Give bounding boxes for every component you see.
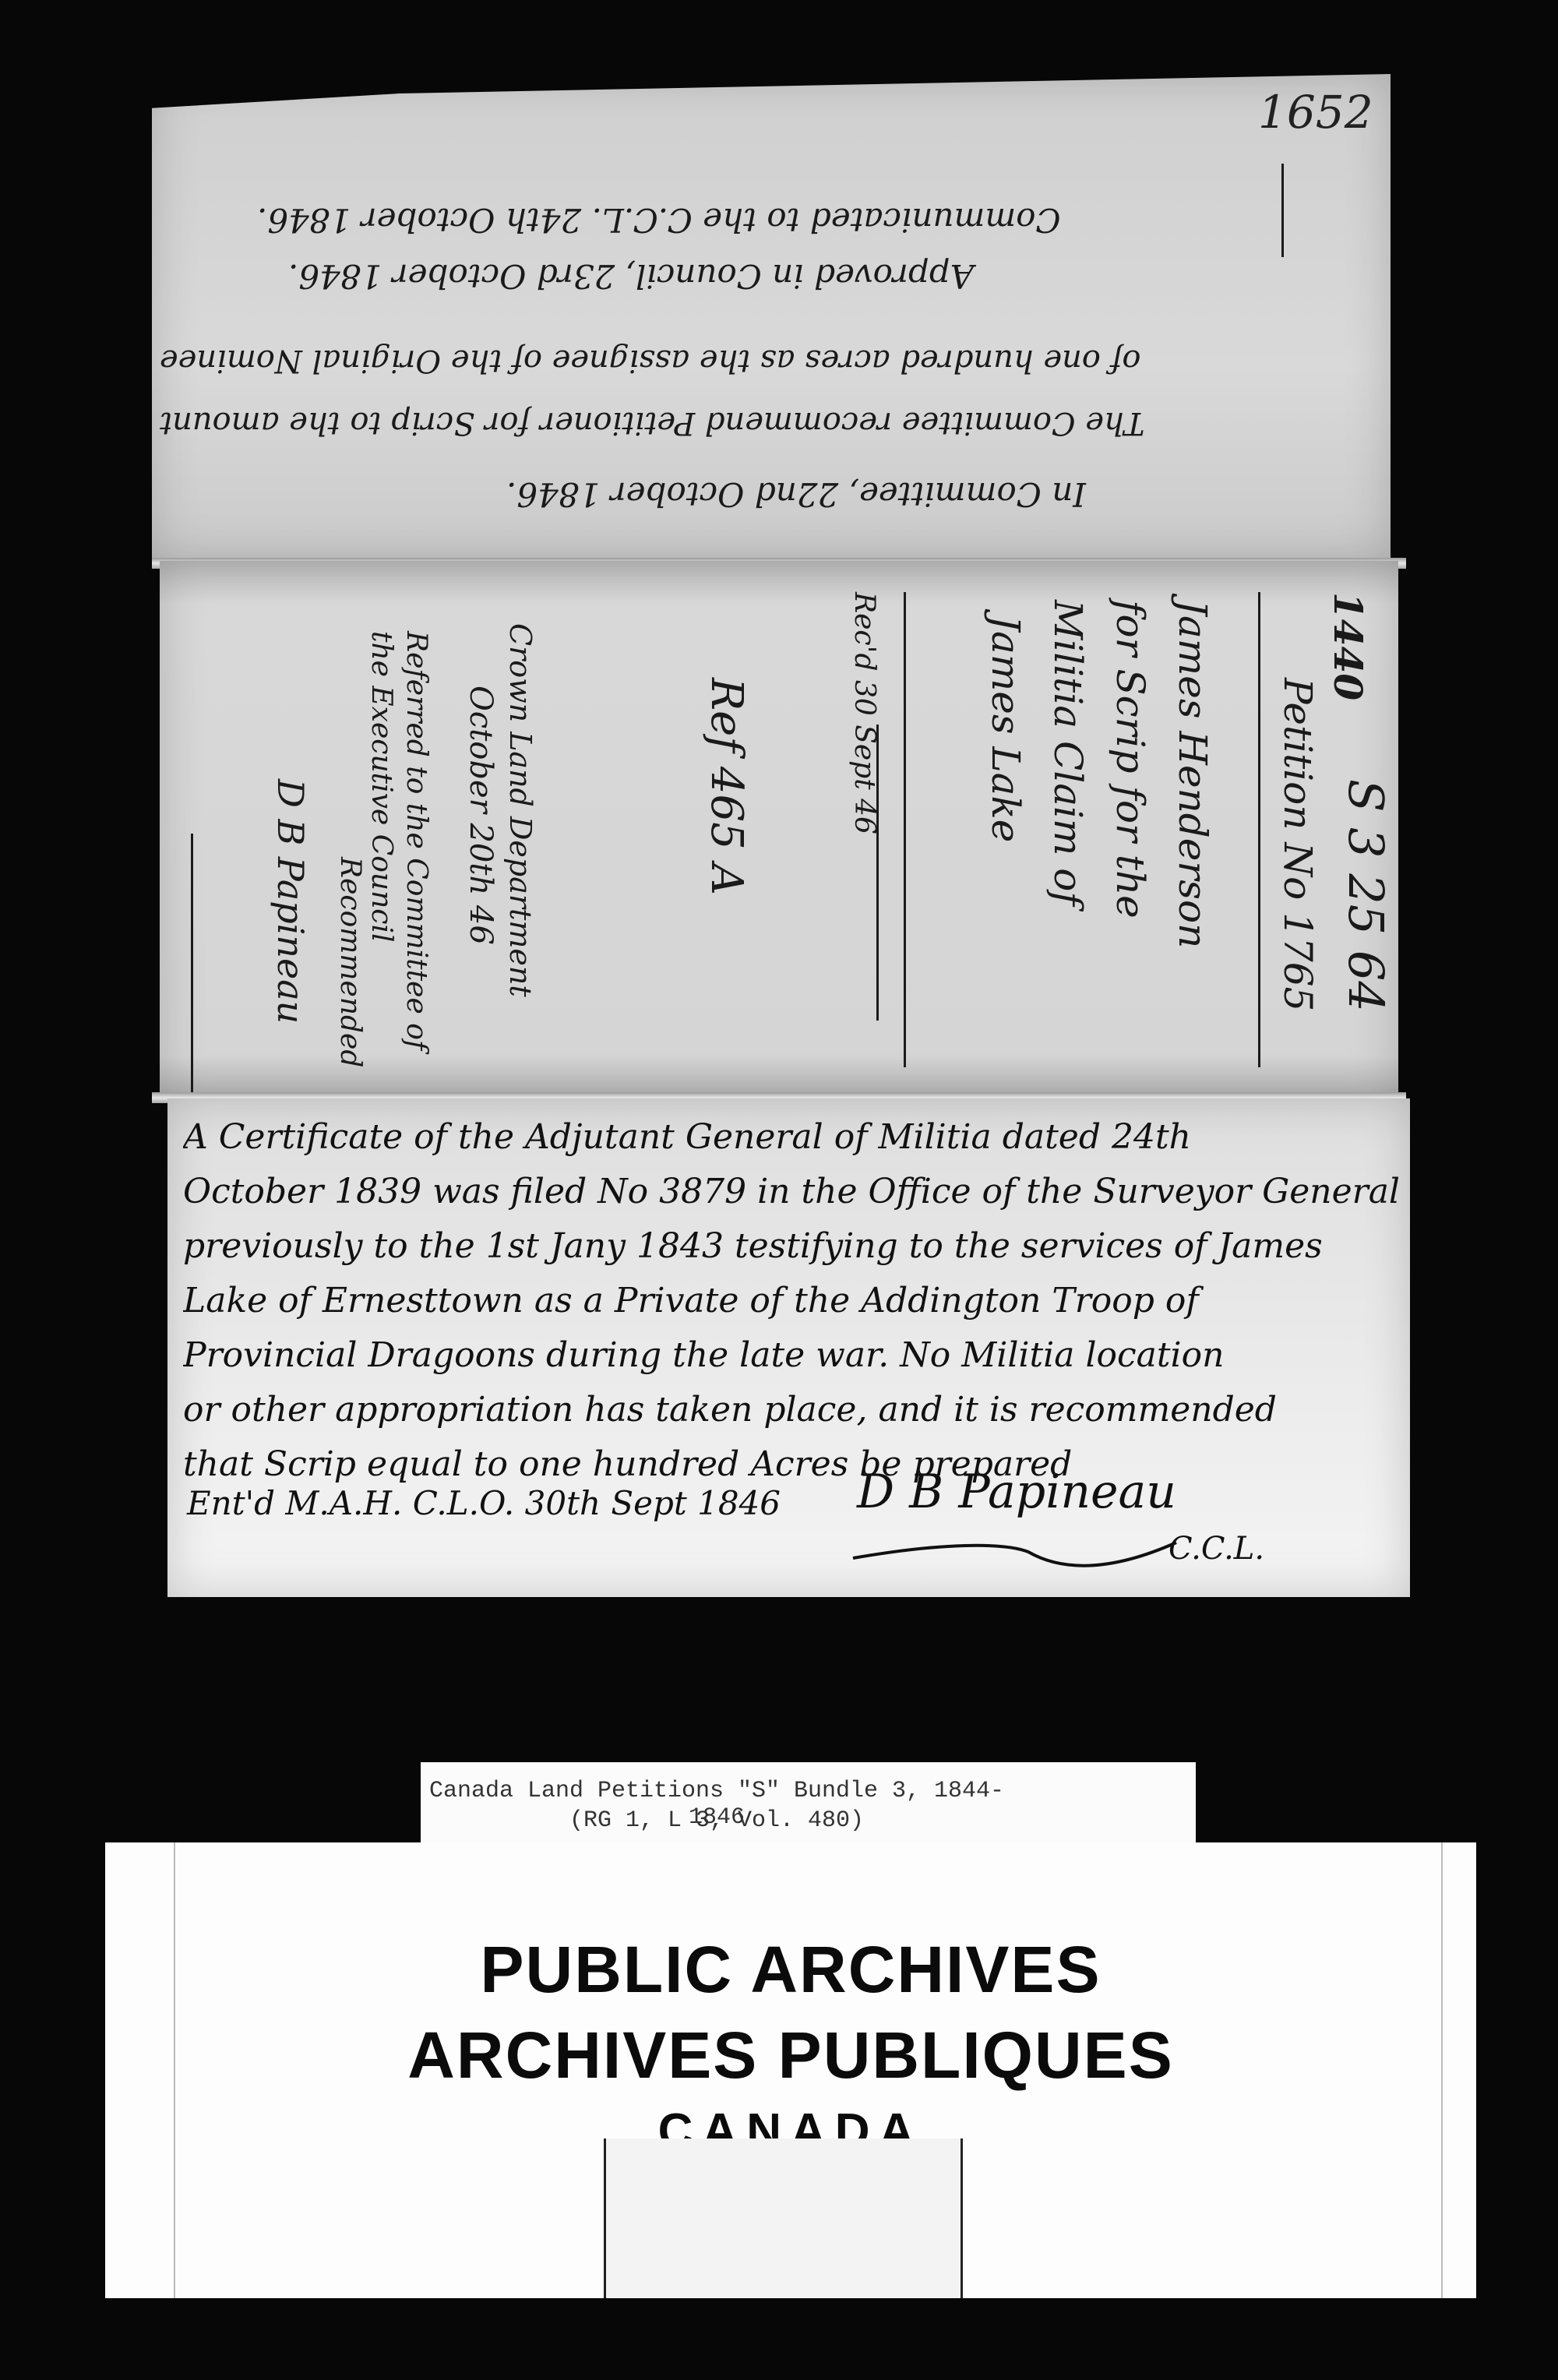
- certificate-line-2: October 1839 was filed No 3879 in the Of…: [183, 1165, 1398, 1219]
- endorsement-line-4: Approved in Council, 23rd October 1846.: [288, 257, 974, 295]
- archive-label-reference: (RG 1, L 3, Vol. 480): [421, 1807, 1013, 1834]
- entry-note: Ent'd M.A.H. C.L.O. 30th Sept 1846: [187, 1484, 781, 1522]
- endorsement-line-3: of one hundred acres as the assignee of …: [160, 343, 1141, 379]
- docket-line-number: 1440: [1325, 592, 1371, 700]
- docket-department: Crown Land Department: [503, 623, 538, 997]
- docket-petition-number: Petition No 1765: [1275, 678, 1320, 1011]
- docket-file-mark: S 3 25 64: [1338, 779, 1394, 1012]
- docket-rule-1: [1258, 592, 1260, 1067]
- margin-mark: [1281, 164, 1284, 257]
- docket-claim: Militia Claim of: [1045, 600, 1091, 906]
- certificate-line-1: A Certificate of the Adjutant General of…: [183, 1110, 1398, 1165]
- endorsement-line-5: Communicated to the C.C.L. 24th October …: [257, 201, 1061, 239]
- signature-flourish: [849, 1527, 1207, 1581]
- stamp-line-english: PUBLIC ARCHIVES: [105, 1932, 1476, 2008]
- docket-recommended: Recommended: [334, 857, 366, 1067]
- certificate-line-4: Lake of Ernesttown as a Private of the A…: [183, 1274, 1398, 1328]
- folio-number: 1652: [1258, 86, 1373, 139]
- docket-received: Rec'd 30 Sept 46: [848, 592, 880, 834]
- docket-reference: Ref 465 A: [701, 678, 752, 895]
- docket-referral-2: the Executive Council: [365, 631, 397, 942]
- certificate-text: A Certificate of the Adjutant General of…: [183, 1110, 1398, 1492]
- certificate-line-5: Provincial Dragoons during the late war.…: [183, 1328, 1398, 1383]
- docket-petitioner-name: James Henderson: [1170, 600, 1215, 948]
- certificate-line-3: previously to the 1st Jany 1843 testifyi…: [183, 1219, 1398, 1274]
- endorsement-line-1: In Committee, 22nd October 1846.: [506, 475, 1086, 513]
- docket-dept-date: October 20th 46: [463, 686, 499, 945]
- docket-claimant: James Lake: [983, 615, 1028, 842]
- stamp-line-french: ARCHIVES PUBLIQUES: [105, 2018, 1476, 2093]
- certificate-line-6: or other appropriation has taken place, …: [183, 1383, 1398, 1437]
- stamp-tab-cutout: [604, 2138, 963, 2298]
- signature: D B Papineau: [857, 1465, 1176, 1519]
- docket-rule-4: [191, 834, 193, 1106]
- docket-rule-2: [904, 592, 906, 1067]
- docket-signature: D B Papineau: [270, 779, 312, 1024]
- docket-referral: Referred to the Committee of: [400, 631, 432, 1050]
- endorsement-line-2: The Committee recommend Petitioner for S…: [160, 405, 1144, 441]
- archive-label-card: Canada Land Petitions "S" Bundle 3, 1844…: [421, 1762, 1196, 1852]
- docket-purpose: for Scrip for the: [1108, 600, 1153, 919]
